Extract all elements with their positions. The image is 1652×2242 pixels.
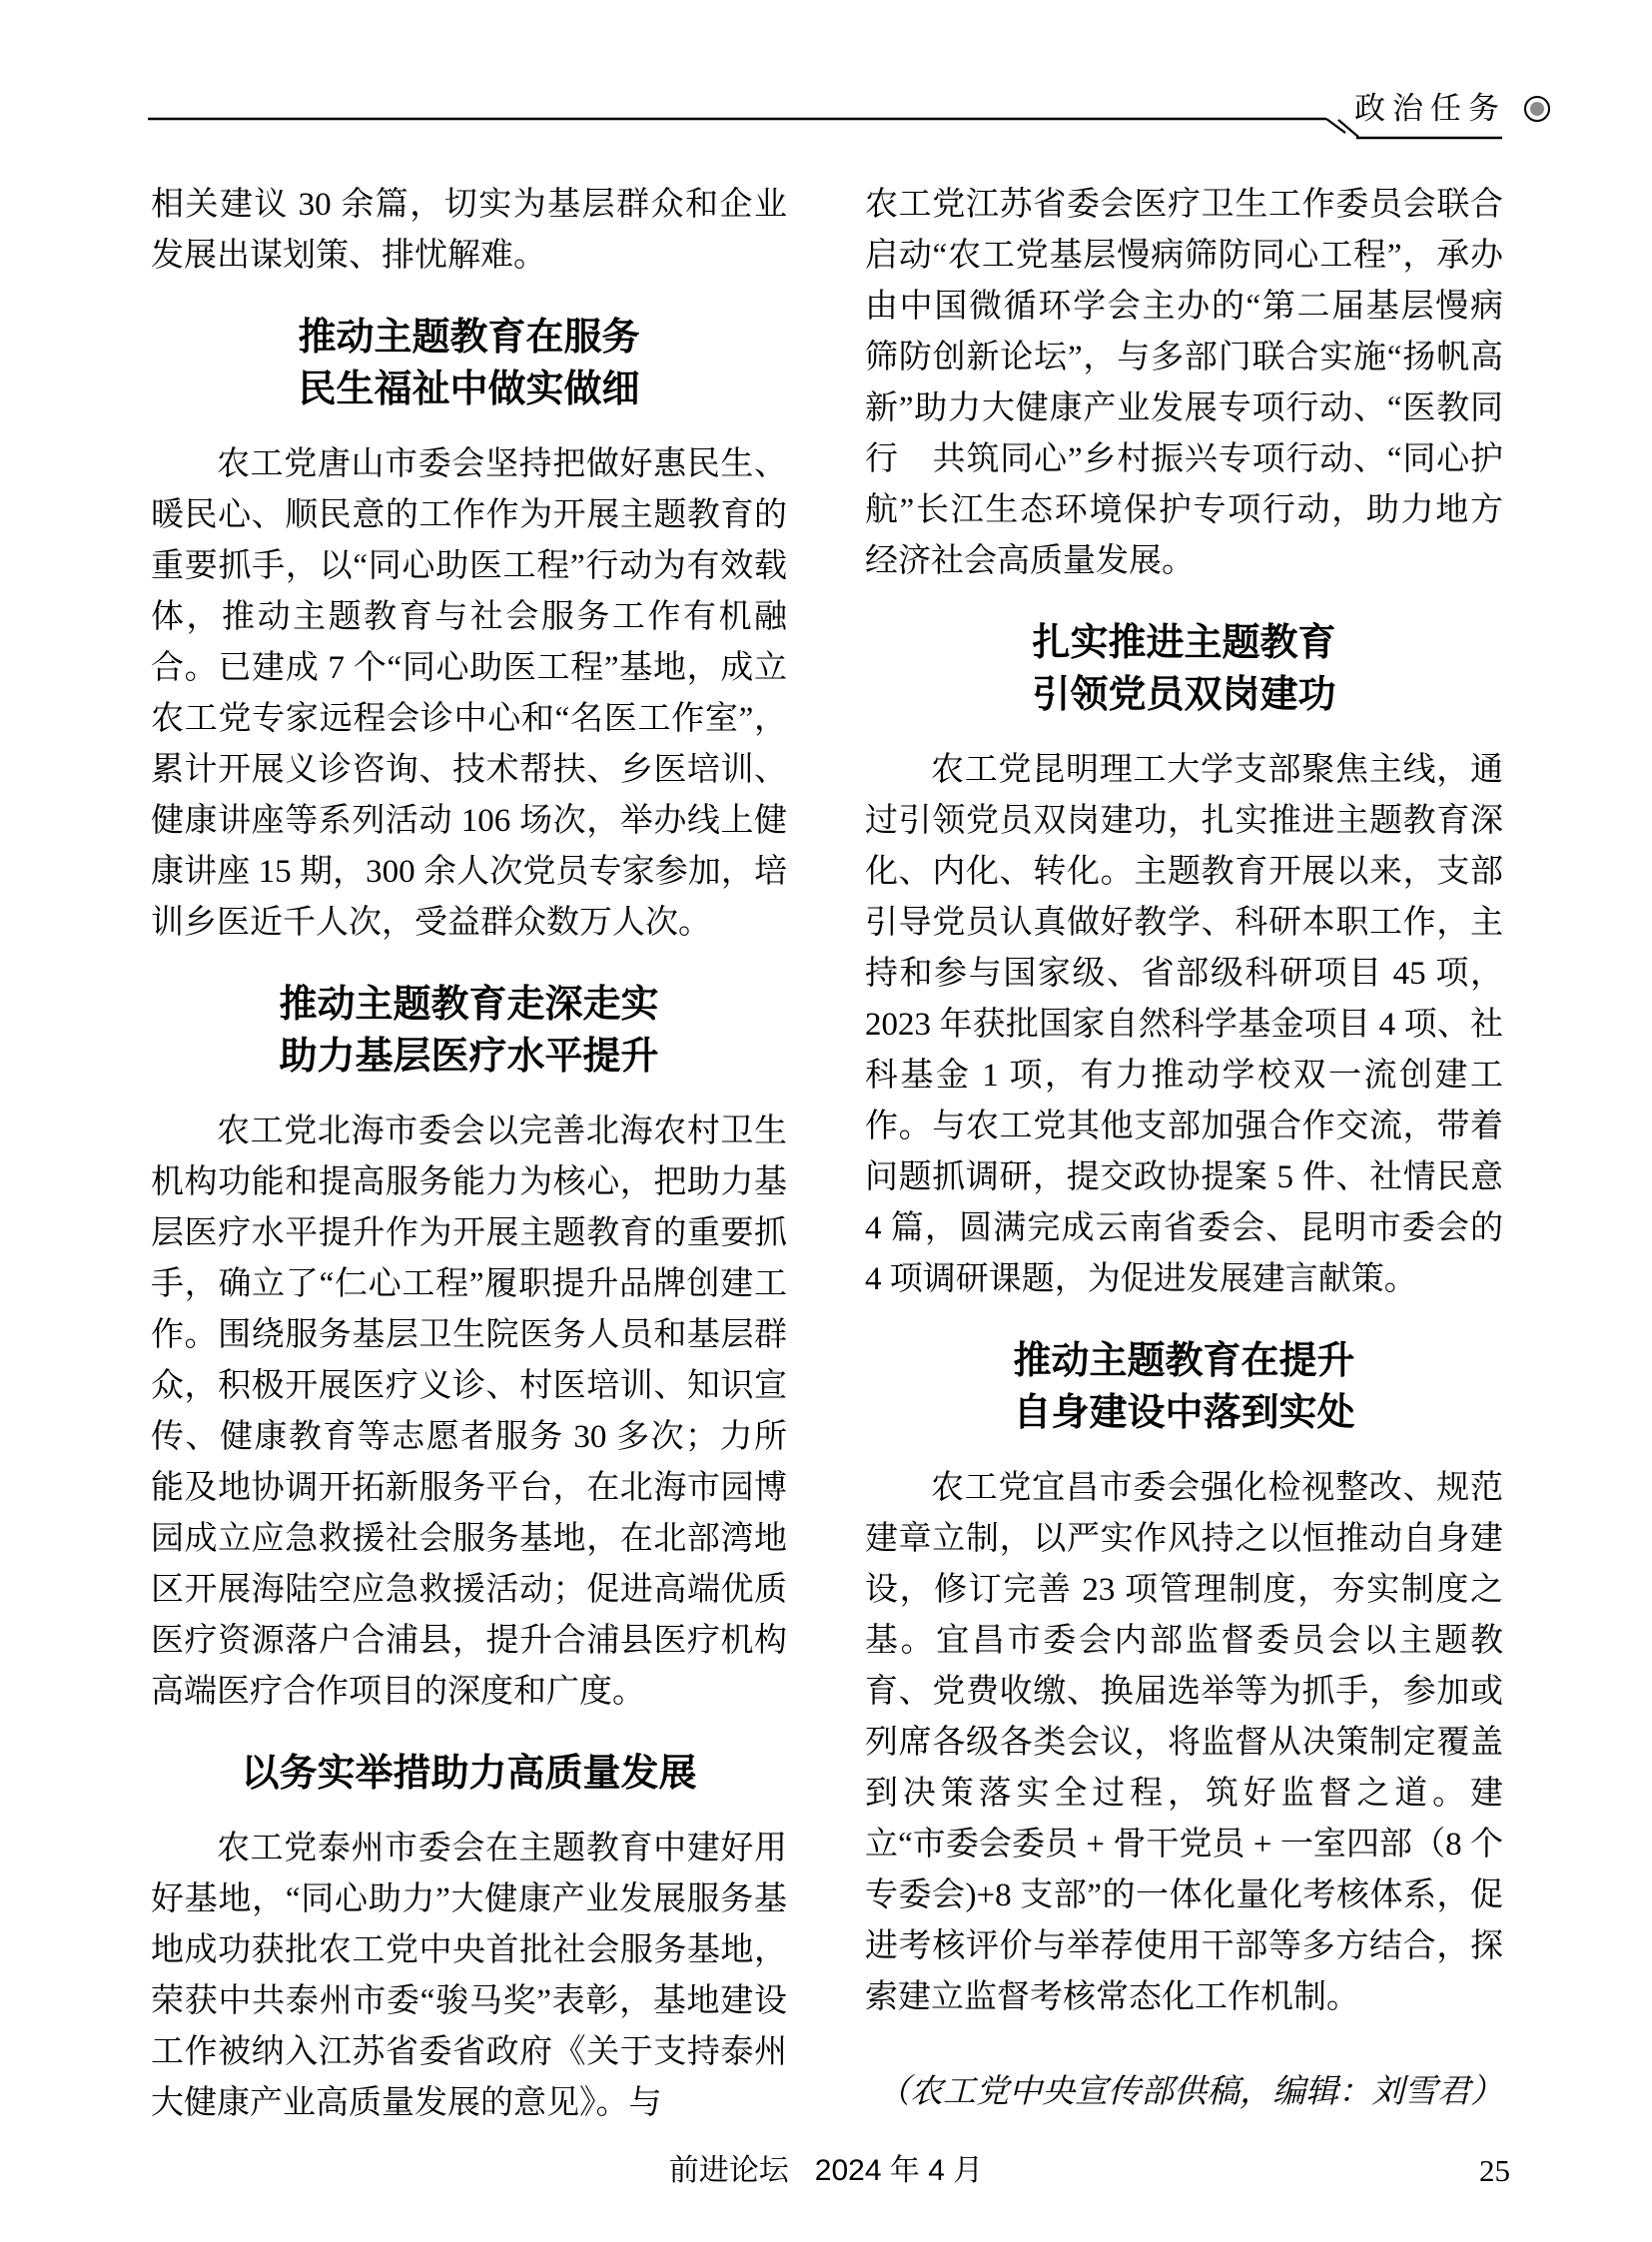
heading-line: 助力基层医疗水平提升 — [279, 1036, 658, 1078]
body-paragraph: 农工党泰州市委会在主题教育中建好用好基地，“同心助力”大健康产业发展服务基地成功… — [151, 1824, 787, 2129]
left-column: 相关建议 30 余篇，切实为基层群众和企业发展出谋划策、排忧解难。 推动主题教育… — [151, 180, 787, 2129]
bullseye-icon — [1524, 96, 1550, 122]
heading-line: 推动主题教育在服务 — [298, 317, 639, 359]
body-paragraph: 农工党北海市委会以完善北海农村卫生机构功能和提高服务能力为核心，把助力基层医疗水… — [151, 1107, 787, 1718]
heading-line: 推动主题教育走深走实 — [279, 984, 658, 1026]
bullseye-dot — [1530, 102, 1544, 116]
magazine-page: 政治任务 相关建议 30 余篇，切实为基层群众和企业发展出谋划策、排忧解难。 推… — [0, 0, 1652, 2242]
section-heading: 推动主题教育走深走实 助力基层医疗水平提升 — [151, 979, 787, 1083]
section-heading: 推动主题教育在服务 民生福祉中做实做细 — [151, 312, 787, 415]
section-label: 政治任务 — [1354, 92, 1506, 126]
header-rule — [0, 0, 1652, 170]
issue-date: 2024 年 4 月 — [815, 2154, 983, 2187]
body-paragraph-continuation: 相关建议 30 余篇，切实为基层群众和企业发展出谋划策、排忧解难。 — [151, 180, 787, 282]
page-number: 25 — [1479, 2149, 1510, 2193]
section-heading: 以务实举措助力高质量发展 — [151, 1748, 787, 1800]
heading-line: 扎实推进主题教育 — [1032, 622, 1335, 664]
body-paragraph: 农工党昆明理工大学支部聚焦主线，通过引领党员双岗建功，扎实推进主题教育深化、内化… — [865, 745, 1503, 1305]
section-heading: 推动主题教育在提升 自身建设中落到实处 — [865, 1335, 1503, 1439]
heading-line: 引领党员双岗建功 — [1032, 674, 1335, 716]
section-heading: 扎实推进主题教育 引领党员双岗建功 — [865, 617, 1503, 721]
body-paragraph-continuation: 农工党江苏省委会医疗卫生工作委员会联合启动“农工党基层慢病筛防同心工程”，承办由… — [865, 180, 1503, 587]
heading-line: 推动主题教育在提升 — [1013, 1340, 1354, 1382]
heading-line: 民生福祉中做实做细 — [298, 369, 639, 410]
heading-line: 自身建设中落到实处 — [1013, 1392, 1354, 1434]
heading-line: 以务实举措助力高质量发展 — [241, 1753, 696, 1795]
journal-name: 前进论坛 — [669, 2154, 789, 2187]
right-column: 农工党江苏省委会医疗卫生工作委员会联合启动“农工党基层慢病筛防同心工程”，承办由… — [865, 180, 1503, 2118]
body-paragraph: 农工党唐山市委会坚持把做好惠民生、暖民心、顺民意的工作作为开展主题教育的重要抓手… — [151, 439, 787, 949]
credit-line: （农工党中央宣传部供稿，编辑：刘雪君） — [865, 2067, 1503, 2118]
body-paragraph: 农工党宜昌市委会强化检视整改、规范建章立制，以严实作风持之以恒推动自身建设，修订… — [865, 1463, 1503, 2023]
footer: 前进论坛2024 年 4 月 — [0, 2149, 1652, 2193]
